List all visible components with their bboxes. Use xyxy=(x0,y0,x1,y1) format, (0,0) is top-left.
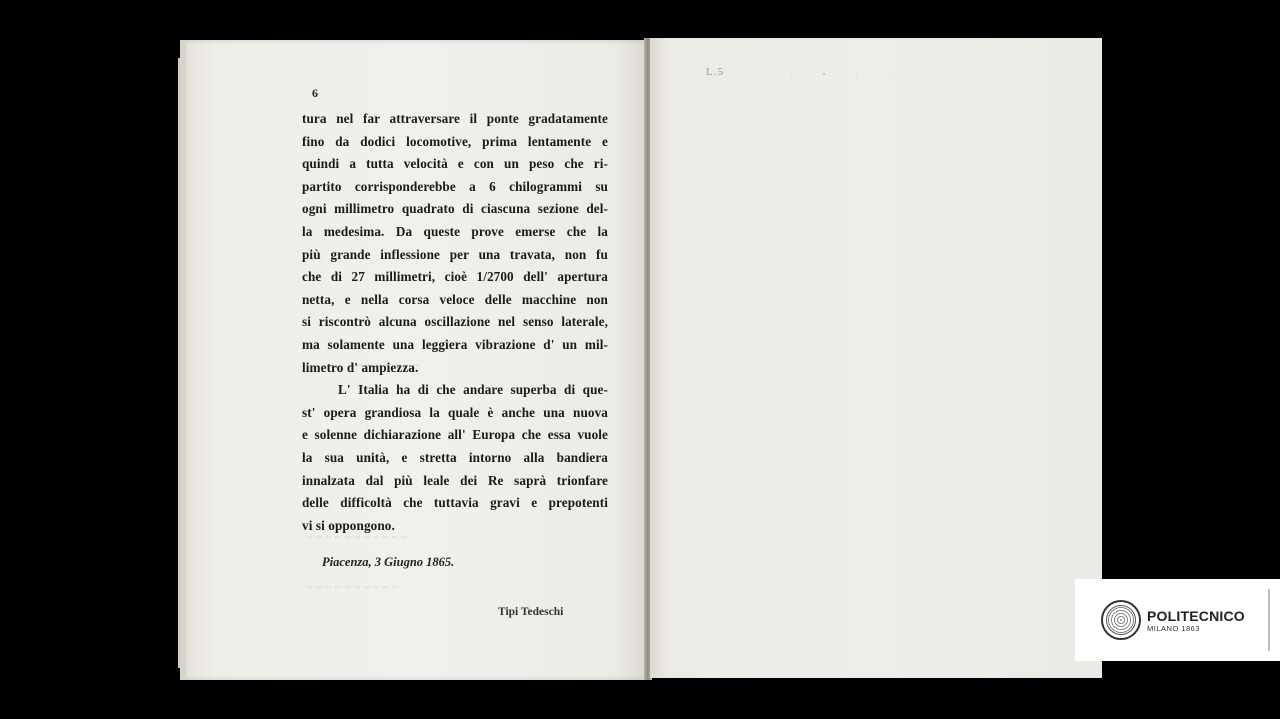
logo-subtitle: MILANO 1863 xyxy=(1147,624,1245,633)
show-through-text: ~ ~ ~ ~ ~ ~ ~ ~ ~ ~ xyxy=(306,580,398,595)
text-line: più grande inflessione per una travata, … xyxy=(302,244,608,267)
logo-name: POLITECNICO xyxy=(1147,608,1245,624)
text-line: L' Italia ha di che andare superba di qu… xyxy=(302,379,608,402)
text-line: e solenne dichiarazione all' Europa che … xyxy=(302,424,608,447)
seal-icon xyxy=(1101,600,1141,640)
text-line: netta, e nella corsa veloce delle macchi… xyxy=(302,289,608,312)
printer-imprint: Tipi Tedeschi xyxy=(498,606,563,618)
text-line: ma solamente una leggiera vibrazione d' … xyxy=(302,334,608,357)
text-line: la medesima. Da queste prove emerse che … xyxy=(302,221,608,244)
text-line: limetro d' ampiezza. xyxy=(302,357,608,380)
text-line: quindi a tutta velocità e con un peso ch… xyxy=(302,153,608,176)
text-line: la sua unità, e stretta intorno alla ban… xyxy=(302,447,608,470)
text-line: che di 27 millimetri, cioè 1/2700 dell' … xyxy=(302,266,608,289)
body-text: tura nel far attraversare il ponte grada… xyxy=(302,108,608,537)
open-book: 6 tura nel far attraversare il ponte gra… xyxy=(180,38,1105,683)
text-line: fino da dodici locomotive, prima lentame… xyxy=(302,131,608,154)
show-through-text: ~ ~ ~ ~ ~ ~ ~ xyxy=(356,358,419,373)
text-line: delle difficoltà che tuttavia gravi e pr… xyxy=(302,492,608,515)
show-through-text: ~ ~ ~ ~ ~ ~ ~ ~ ~ ~ ~ xyxy=(306,530,407,545)
date-line: Piacenza, 3 Giugno 1865. xyxy=(322,555,454,570)
logo-divider xyxy=(1268,589,1270,651)
text-line: st' opera grandiosa la quale è anche una… xyxy=(302,402,608,425)
page-corner-mark: L.5 xyxy=(706,66,724,78)
text-line: innalzata dal più leale dei Re saprà tri… xyxy=(302,470,608,493)
text-line: partito corrisponderebbe a 6 chilogrammi… xyxy=(302,176,608,199)
text-line: tura nel far attraversare il ponte grada… xyxy=(302,108,608,131)
left-page: 6 tura nel far attraversare il ponte gra… xyxy=(180,40,652,680)
watermark-logo: POLITECNICO MILANO 1863 xyxy=(1075,579,1280,661)
page-number: 6 xyxy=(312,86,318,101)
text-line: ogni millimetro quadrato di ciascuna sez… xyxy=(302,198,608,221)
right-page: L.5 · • · · · · xyxy=(650,38,1102,678)
text-line: si riscontrò alcuna oscillazione nel sen… xyxy=(302,311,608,334)
page-specks: · • · · · · xyxy=(790,70,970,79)
